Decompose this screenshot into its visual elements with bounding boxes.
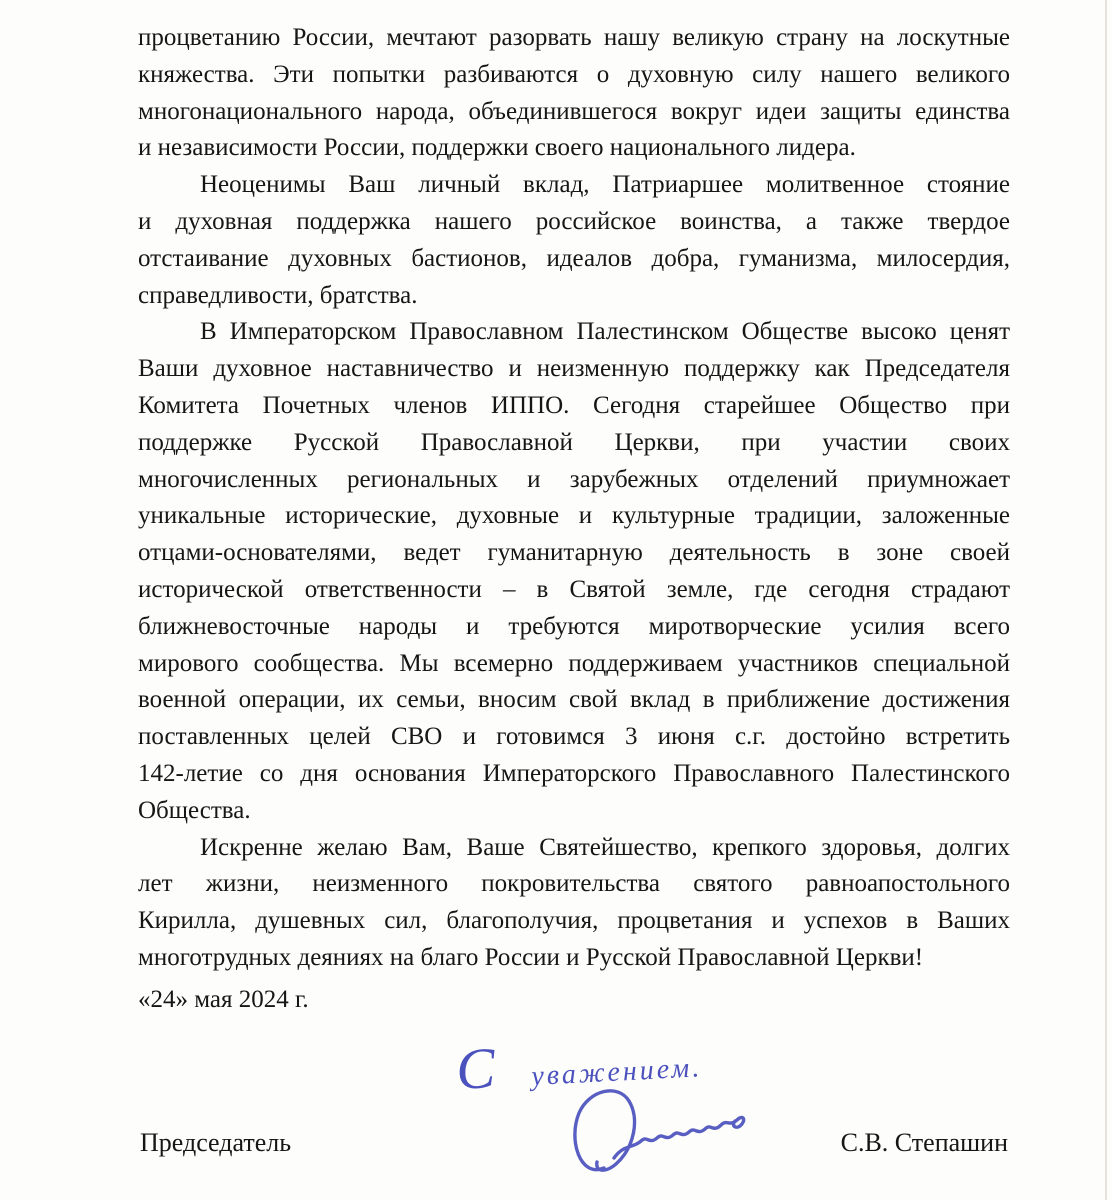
signature-path [575,1091,744,1170]
letter-line: многотрудных деяниях на благо России и Р… [138,940,1010,977]
signature-scribble [566,1082,756,1177]
letter-line: процветанию России, мечтают разорвать на… [138,20,1010,57]
letter-line: мирового сообщества. Мы всемерно поддерж… [138,646,1010,683]
footer-title: Председатель [140,1128,291,1158]
letter-line: Неоценимы Ваш личный вклад, Патриаршее м… [138,167,1010,204]
letter-line: и духовная поддержка нашего российское в… [138,204,1010,241]
letter-line: Искренне желаю Вам, Ваше Святейшество, к… [138,830,1010,867]
letter-line: отцами-основателями, ведет гуманитарную … [138,535,1010,572]
letter-page: процветанию России, мечтают разорвать на… [0,0,1112,1200]
letter-line: поставленных целей СВО и готовимся 3 июн… [138,719,1010,756]
letter-line: Комитета Почетных членов ИППО. Сегодня с… [138,388,1010,425]
letter-line: военной операции, их семьи, вносим свой … [138,682,1010,719]
date-line: «24» мая 2024 г. [138,982,309,1018]
letter-line: Ваши духовное наставничество и неизменну… [138,351,1010,388]
footer-name: С.В. Степашин [841,1128,1008,1158]
letter-line: исторической ответственности – в Святой … [138,572,1010,609]
letter-line: отстаивание духовных бастионов, идеалов … [138,241,1010,278]
letter-line: поддержке Русской Православной Церкви, п… [138,425,1010,462]
letter-line: ближневосточные народы и требуются мирот… [138,609,1010,646]
letter-line: 142-летие со дня основания Императорског… [138,756,1010,793]
letter-line: справедливости, братства. [138,278,1010,315]
letter-line: и независимости России, поддержки своего… [138,130,1010,167]
letter-line: уникальные исторические, духовные и куль… [138,498,1010,535]
letter-line: В Императорском Православном Палестинско… [138,314,1010,351]
letter-line: многочисленных региональных и зарубежных… [138,462,1010,499]
letter-line: многонационального народа, объединившего… [138,94,1010,131]
scan-edge-line [1105,0,1107,1200]
letter-line: княжества. Эти попытки разбиваются о дух… [138,57,1010,94]
letter-line: лет жизни, неизменного покровительства с… [138,866,1010,903]
letter-line: Кирилла, душевных сил, благополучия, про… [138,903,1010,940]
letter-body: процветанию России, мечтают разорвать на… [138,20,1010,977]
letter-line: Общества. [138,793,1010,830]
